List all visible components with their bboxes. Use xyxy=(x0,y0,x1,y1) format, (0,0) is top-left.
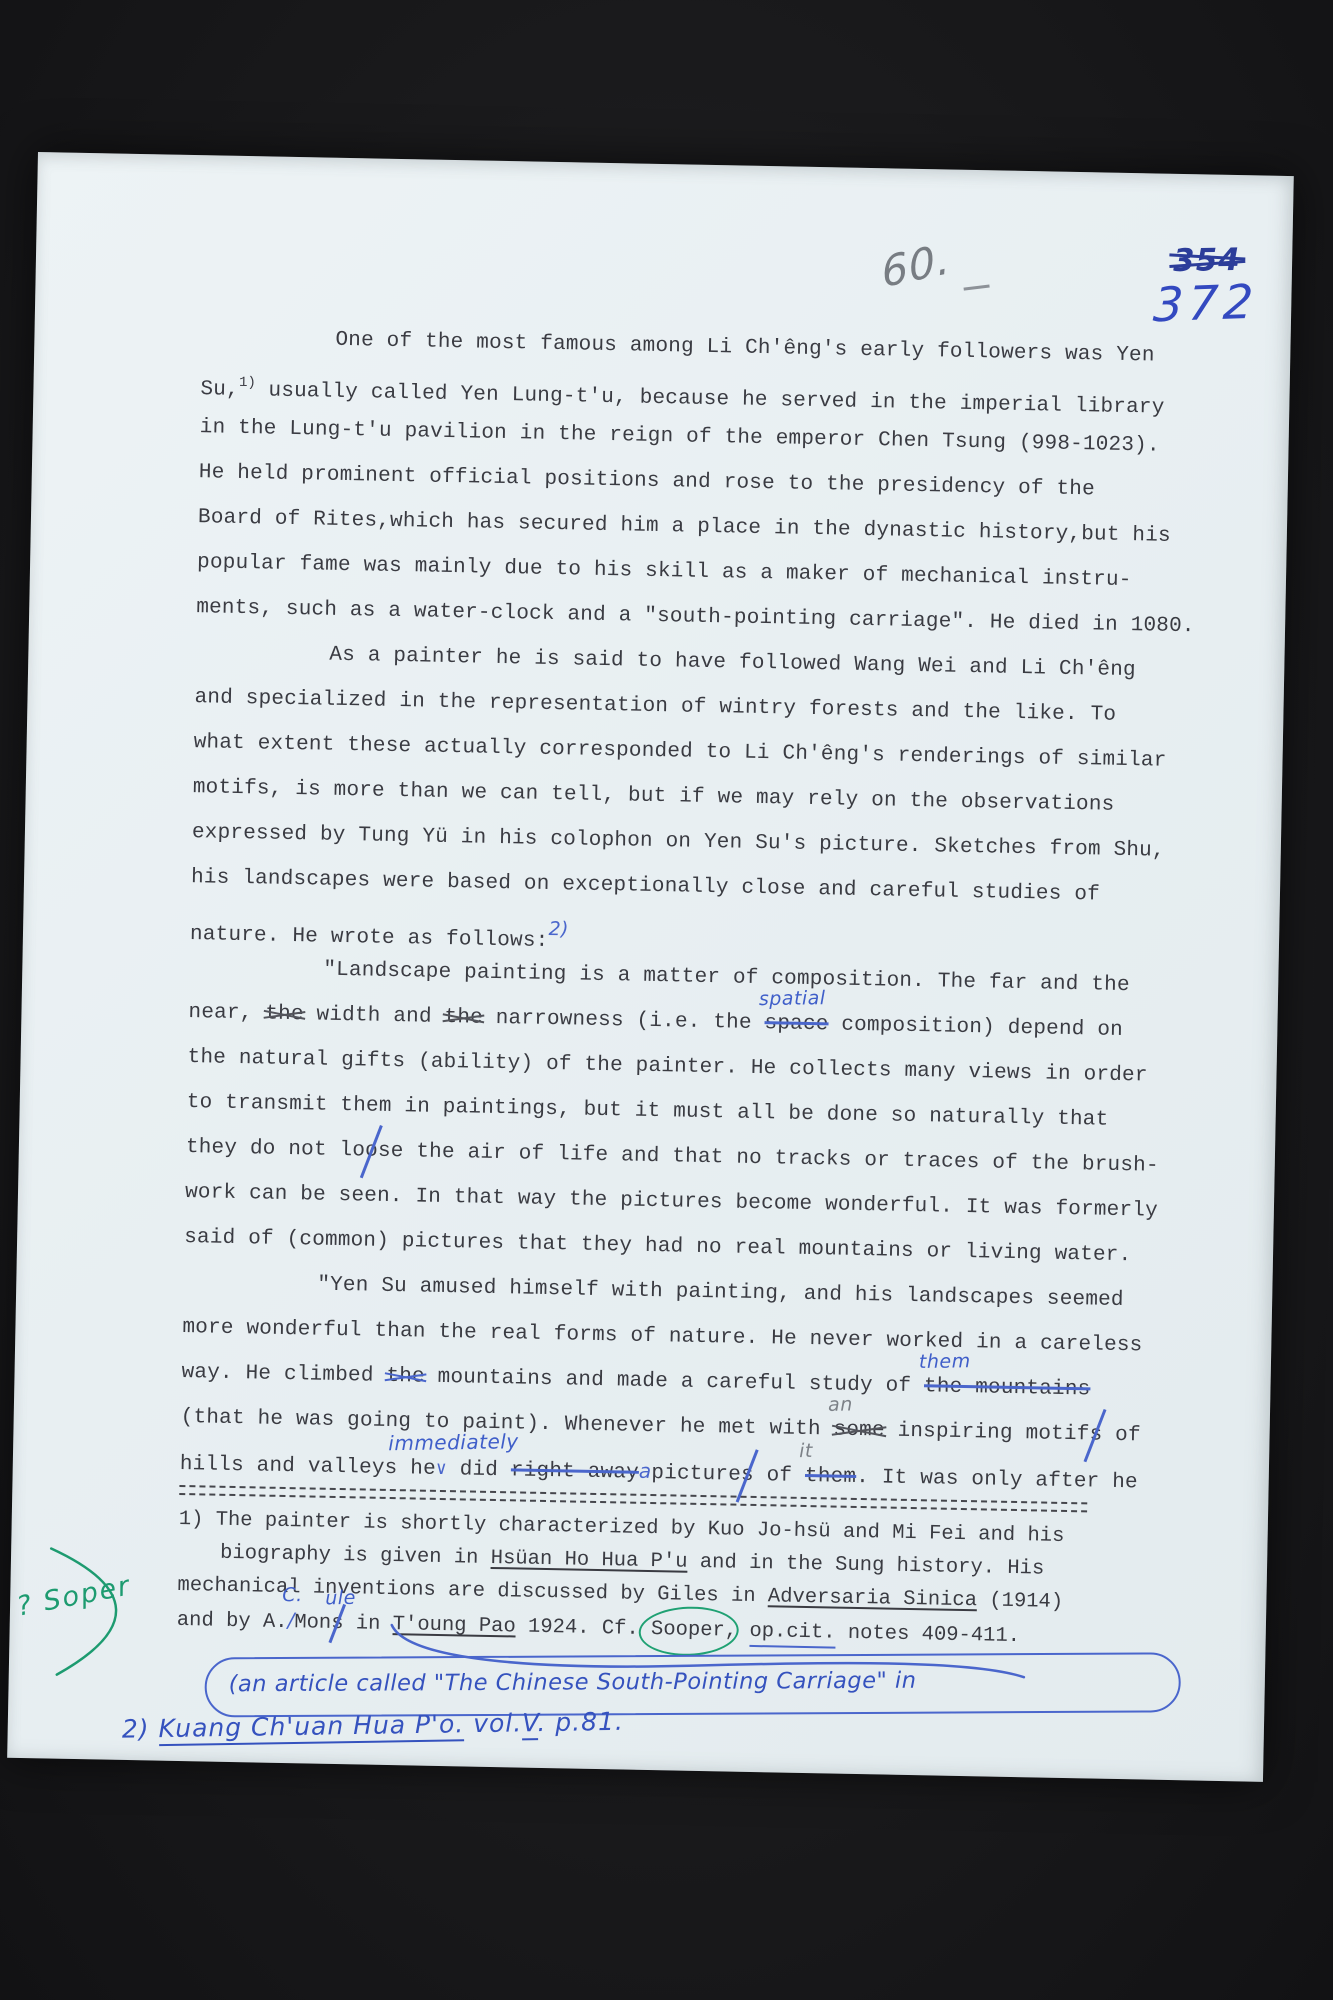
handwritten-bubble-note: (an article called "The Chinese South-Po… xyxy=(205,1652,1181,1717)
underlined-title: T'oung Pao xyxy=(392,1613,515,1638)
handwritten-footnote-2: 2) Kuang Ch'uan Hua P'o. vol.V. p.81. xyxy=(122,1707,624,1744)
typed-text: near, xyxy=(188,1001,265,1025)
bubble-note-text: (an article called "The Chinese South-Po… xyxy=(229,1668,917,1698)
page-number-block: 354 372 xyxy=(1153,241,1259,332)
underlined-title: Hsüan Ho Hua P'u xyxy=(491,1547,688,1574)
crossed-out-word: the xyxy=(265,992,304,1038)
typed-text: in xyxy=(343,1612,393,1636)
handwritten-correction-ule: ule xyxy=(325,1582,356,1615)
typed-text: (1914) xyxy=(977,1589,1064,1614)
deleted-letter: s xyxy=(741,1453,755,1498)
margin-note-soper: ? Soper xyxy=(14,1570,133,1622)
green-circled-name: Sooper xyxy=(651,1613,725,1647)
deleted-letter: s xyxy=(1089,1412,1103,1457)
struck-words: right away xyxy=(511,1459,639,1484)
blue-underlined-opcit: op.cit. xyxy=(749,1619,836,1649)
underlined-title: Adversaria Sinica xyxy=(768,1585,978,1612)
handwritten-correction-them: them xyxy=(918,1339,970,1385)
underlined-volume: V xyxy=(522,1708,538,1740)
manuscript-page: 60. 354 372 One of the most famous among… xyxy=(7,152,1294,1782)
crossed-out-word: the xyxy=(386,1354,425,1400)
typed-text: way. He climbed xyxy=(181,1361,386,1388)
typed-text: inspiring motif xyxy=(885,1419,1090,1446)
typed-text: of xyxy=(1102,1424,1141,1448)
typed-text: se the air of life and that no tracks or… xyxy=(378,1140,1159,1178)
typed-text: Su, xyxy=(200,378,239,402)
handwritten-text: vol. xyxy=(464,1708,522,1738)
blue-page-number: 372 xyxy=(1152,275,1260,334)
typed-text: and in the Sung history. His xyxy=(687,1551,1044,1581)
correction-wrap: sule xyxy=(331,1607,344,1640)
footnote-1-reference: 1) xyxy=(239,375,256,391)
typed-text: biography is given in xyxy=(220,1542,491,1570)
typed-text: notes 409-411. xyxy=(835,1622,1020,1649)
handwritten-correction-spatial: spatial xyxy=(759,976,826,1022)
typed-text: picture xyxy=(651,1462,741,1487)
typed-text: they do not lo xyxy=(186,1136,366,1162)
underlined-handwritten-title: Kuang Ch'uan Hua P'o. xyxy=(158,1709,464,1746)
pencil-dash-mark xyxy=(964,284,990,290)
correction-wrap: themit xyxy=(805,1454,857,1500)
correction-wrap: somean xyxy=(833,1408,885,1454)
handwritten-correction-an: an xyxy=(828,1382,853,1427)
typed-body: One of the most famous among Li Ch'êng's… xyxy=(179,315,1271,1505)
correction-wrap: ∨immediately xyxy=(435,1447,447,1493)
typed-footnotes: 1) The painter is shortly characterized … xyxy=(177,1503,1259,1656)
footnote-2-number: 2) xyxy=(122,1714,159,1744)
handwritten-correction-immediately: immediately xyxy=(388,1419,519,1466)
pencil-page-number: 60. xyxy=(879,234,952,297)
inserted-letter-a: a xyxy=(639,1459,652,1483)
typed-text: composition) depend on xyxy=(828,1013,1123,1042)
deleted-letter: o xyxy=(365,1128,379,1173)
typed-text: narrowness (i.e. the xyxy=(483,1007,765,1035)
crossed-out-number: 354 xyxy=(1172,242,1240,279)
correction-wrap: spacespatial xyxy=(764,1001,829,1047)
typed-text: and by A. xyxy=(177,1609,288,1634)
handwritten-correction-C: C. xyxy=(282,1579,303,1612)
handwritten-text: . p.81. xyxy=(537,1707,624,1737)
handwritten-footnote-2-reference: 2) xyxy=(548,918,568,940)
correction-wrap: /C. xyxy=(287,1604,294,1639)
typed-text: 1924. Cf. xyxy=(515,1615,651,1641)
typed-text: width and xyxy=(303,1003,444,1029)
handwritten-correction-it: it xyxy=(799,1429,813,1474)
crossed-out-word: the xyxy=(444,995,483,1041)
correction-wrap: the mountainsthem xyxy=(924,1364,1091,1412)
typed-text: of xyxy=(754,1464,806,1488)
typed-text: . It was only after he xyxy=(856,1466,1138,1494)
